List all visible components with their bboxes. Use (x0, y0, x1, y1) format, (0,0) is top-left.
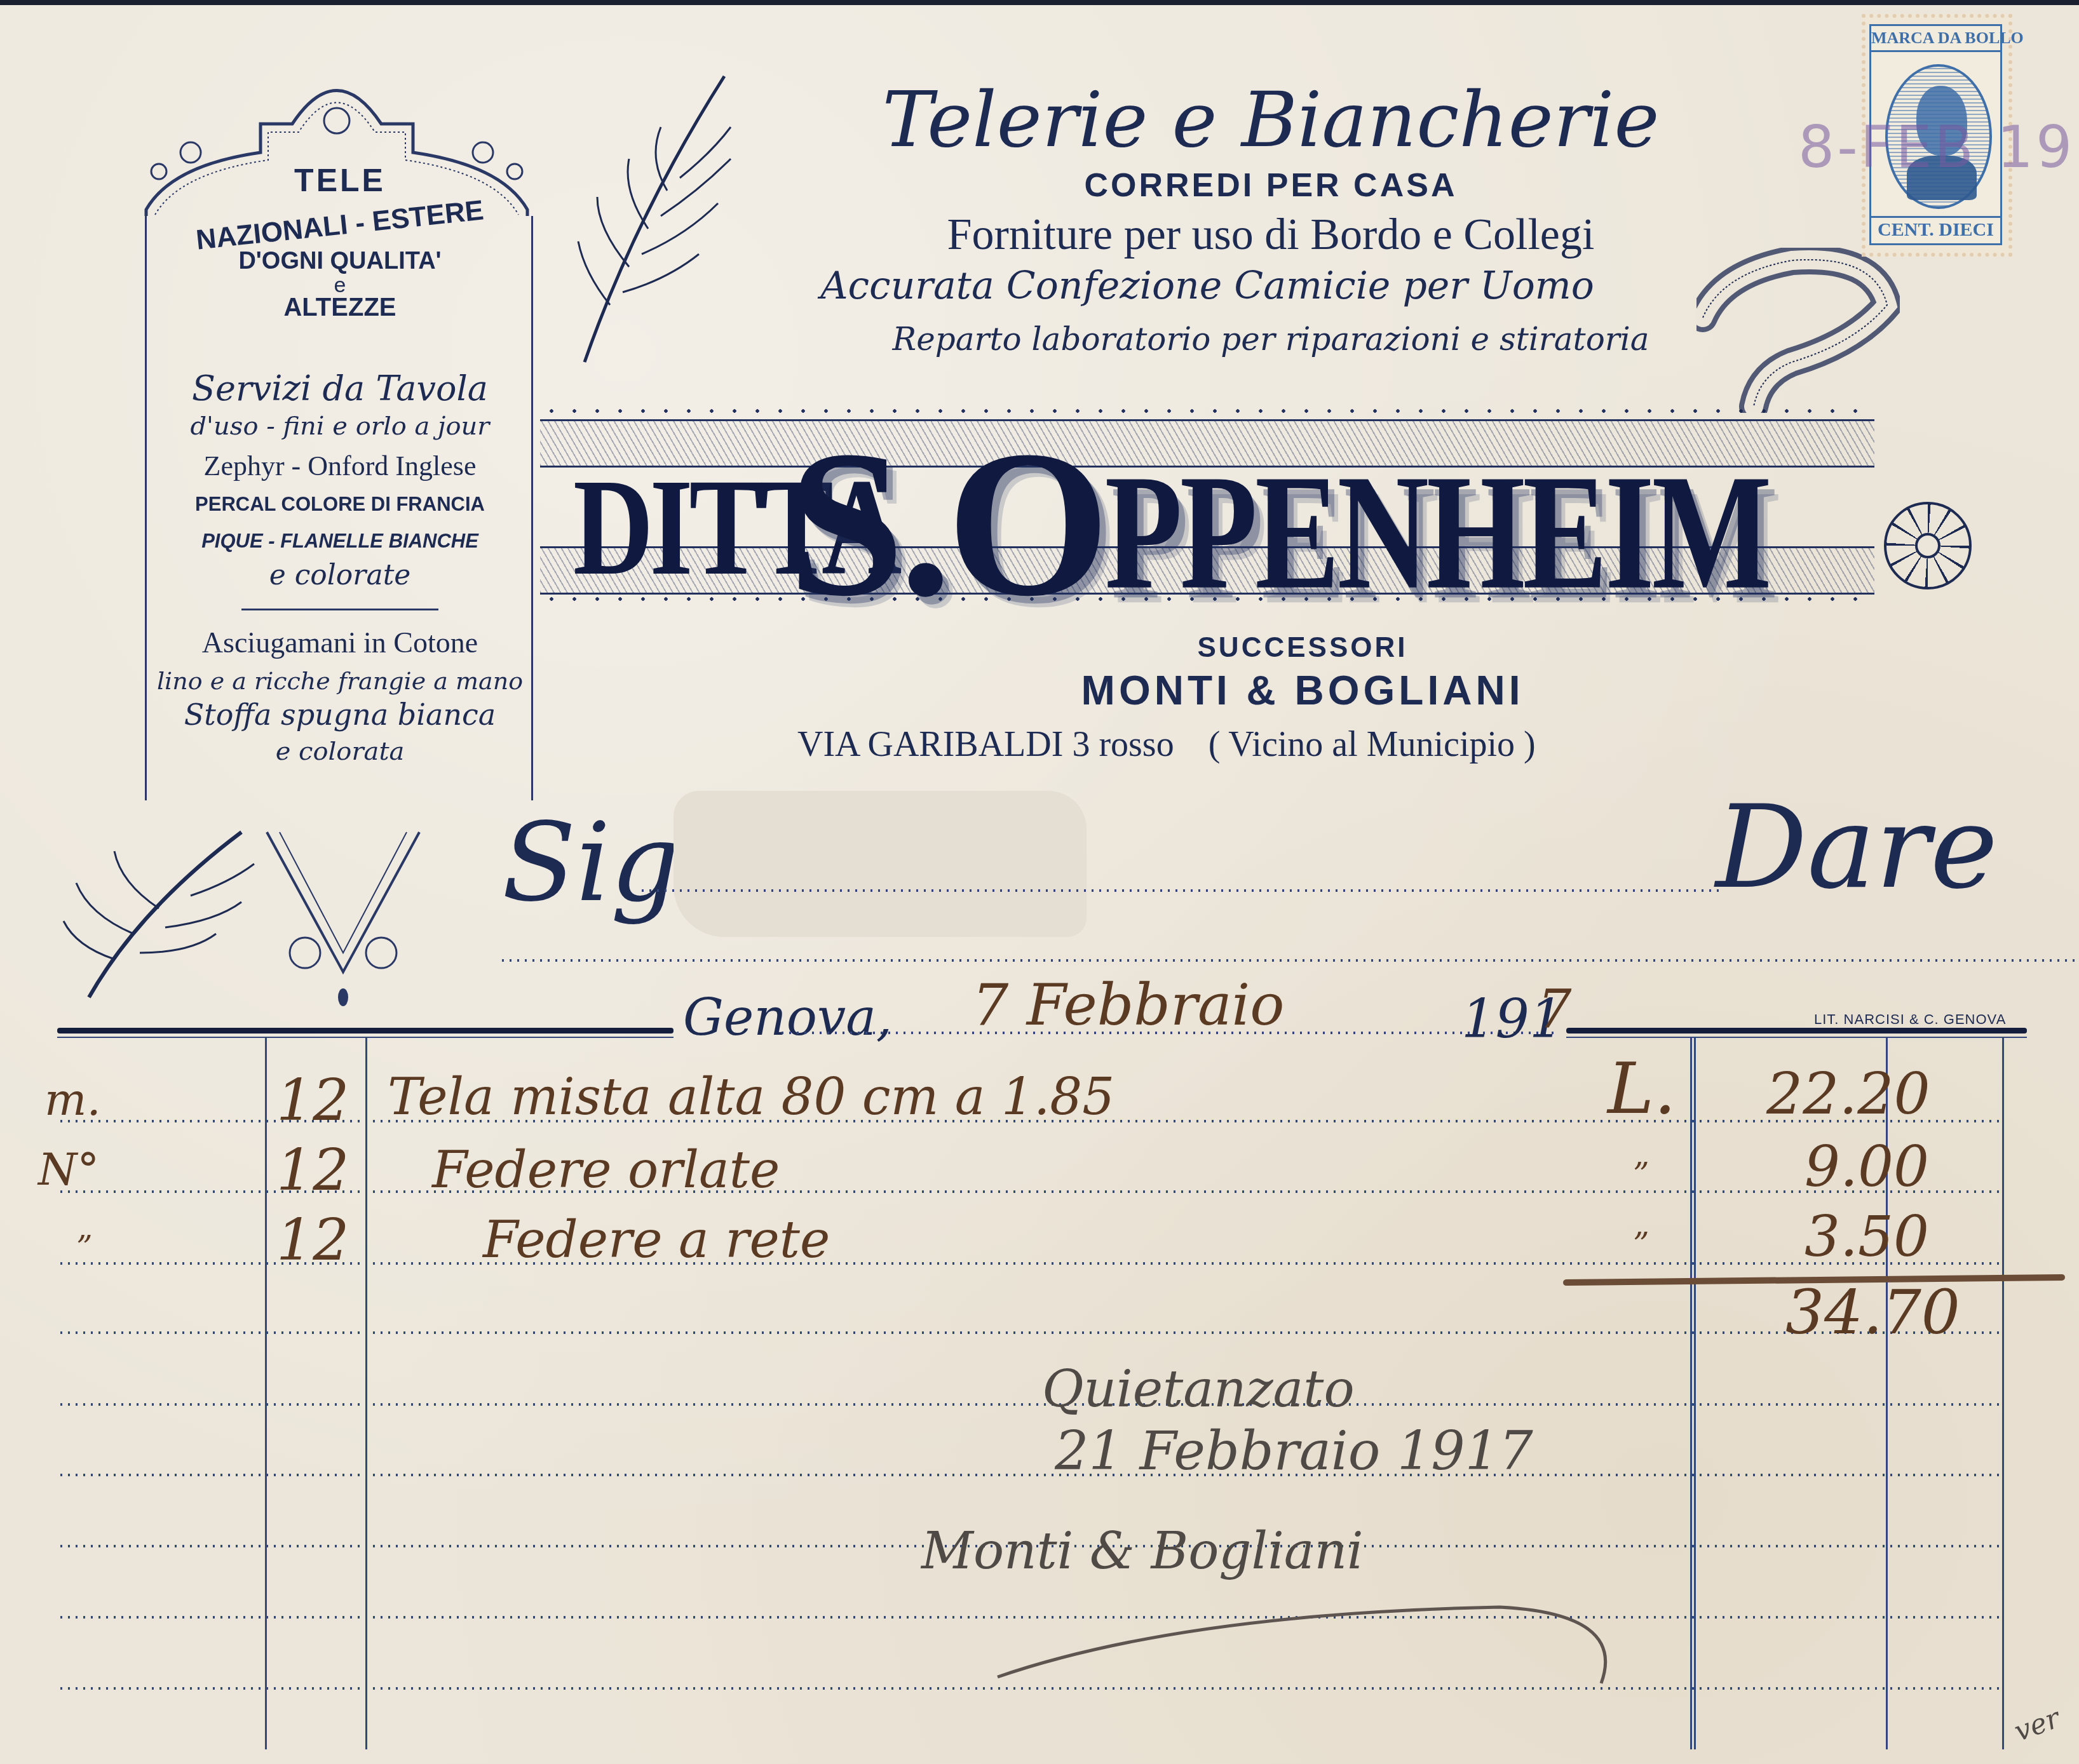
stamp-bottom-text: CENT. DIECI (1871, 216, 2000, 241)
panel-item-asciugamani: Asciugamani in Cotone (0, 626, 680, 659)
ledger-column-line (2002, 1038, 2004, 1749)
item-description: Federe a rete (483, 1210, 830, 1269)
item-unit: ” (76, 1229, 93, 1266)
item-description: Federe orlate (432, 1140, 780, 1199)
signature-flourish (991, 1575, 1627, 1690)
receipt-label: Quietanzato (1042, 1359, 1355, 1418)
ledger-row-line (60, 1474, 2005, 1476)
ledger-column-line (265, 1038, 267, 1749)
ledger-column-line (365, 1038, 367, 1749)
ribbon-ornament (1696, 248, 1900, 413)
ledger-column-line (1690, 1038, 1692, 1749)
invoice-total: 34.70 (1785, 1277, 1960, 1348)
printer-credit: LIT. NARCISI & C. GENOVA (1814, 1011, 2006, 1028)
date-place: Genova, (683, 988, 892, 1047)
firm-name: S.OPPENHEIM (788, 419, 1769, 629)
monogram-and-palm-ornament (51, 807, 483, 1010)
item-currency: L. (1608, 1048, 1676, 1129)
panel-item-servizi: Servizi da Tavola (0, 368, 680, 408)
date-rule-right-thin (1566, 1037, 2027, 1038)
ledger-row-line (60, 1403, 2005, 1406)
panel-item-lino: lino e a ricche frangie a mano (0, 667, 680, 695)
item-quantity: 12 (276, 1067, 349, 1134)
ledger-row-line (60, 1331, 2005, 1334)
date-rule-left (57, 1028, 674, 1033)
receipt-date: 21 Febbraio 1917 (1055, 1420, 1533, 1482)
item-unit: N° (38, 1143, 99, 1195)
item-currency: ” (1633, 1156, 1649, 1193)
date-rule-right (1566, 1028, 2027, 1033)
ledger-row-line (60, 1190, 2005, 1193)
item-description: Tela mista alta 80 cm a 1.85 (388, 1067, 1114, 1126)
successors-names: MONTI & BOGLIANI (826, 667, 1779, 714)
stamp-top-text: MARCA DA BOLLO (1871, 29, 2000, 52)
addressee-dotted-line (642, 889, 1722, 892)
item-currency: ” (1633, 1226, 1649, 1263)
item-amount: 3.50 (1805, 1204, 1929, 1269)
rosette-ornament (1884, 502, 1972, 589)
address-note: ( Vicino al Municipio ) (1209, 725, 1536, 764)
debit-label: Dare (1716, 781, 1998, 914)
firm-o: O (947, 408, 1105, 640)
header-line1: CORREDI PER CASA (762, 166, 1779, 205)
firm-address: VIA GARIBALDI 3 rosso ( Vicino al Munici… (797, 724, 1536, 765)
item-amount: 9.00 (1805, 1134, 1929, 1199)
redacted-addressee-name (674, 791, 1087, 937)
receipt-signature: Monti & Bogliani (921, 1521, 1364, 1580)
ledger-column-line (1694, 1038, 1696, 1749)
firm-banner: DITTA S.OPPENHEIM (540, 407, 1874, 603)
postmark-cancellation: 8-FEB 1917 (1798, 114, 2079, 181)
item-unit: m. (44, 1074, 101, 1126)
banner-dot-row-top (540, 407, 1874, 415)
item-quantity: 12 (276, 1137, 349, 1204)
ledger-row-line (60, 1262, 2005, 1265)
panel-divider (241, 609, 438, 610)
firm-initial: S. (788, 408, 947, 640)
item-amount: 22.20 (1766, 1061, 1930, 1128)
header-line3: Accurata Confezione Camicie per Uomo (699, 264, 1716, 308)
address-street: VIA GARIBALDI 3 rosso (797, 725, 1174, 764)
firm-rest: PPENHEIM (1105, 450, 1770, 616)
addressee-dotted-line-2 (502, 959, 2079, 962)
palm-frond-ornament (559, 64, 737, 368)
panel-item-colorata: e colorata (0, 737, 680, 766)
header-line2: Forniture per uso di Bordo e Collegi (699, 210, 1843, 260)
panel-item-stoffa: Stoffa spugna bianca (0, 697, 680, 732)
date-day-month: 7 Febbraio (972, 972, 1285, 1039)
scan-edge (0, 0, 2079, 5)
successors-label: SUCCESSORI (1017, 632, 1588, 664)
item-quantity: 12 (276, 1207, 349, 1274)
header-line4: Reparto laboratorio per riparazioni e st… (794, 321, 1747, 358)
header-title: Telerie e Biancherie (762, 76, 1779, 165)
